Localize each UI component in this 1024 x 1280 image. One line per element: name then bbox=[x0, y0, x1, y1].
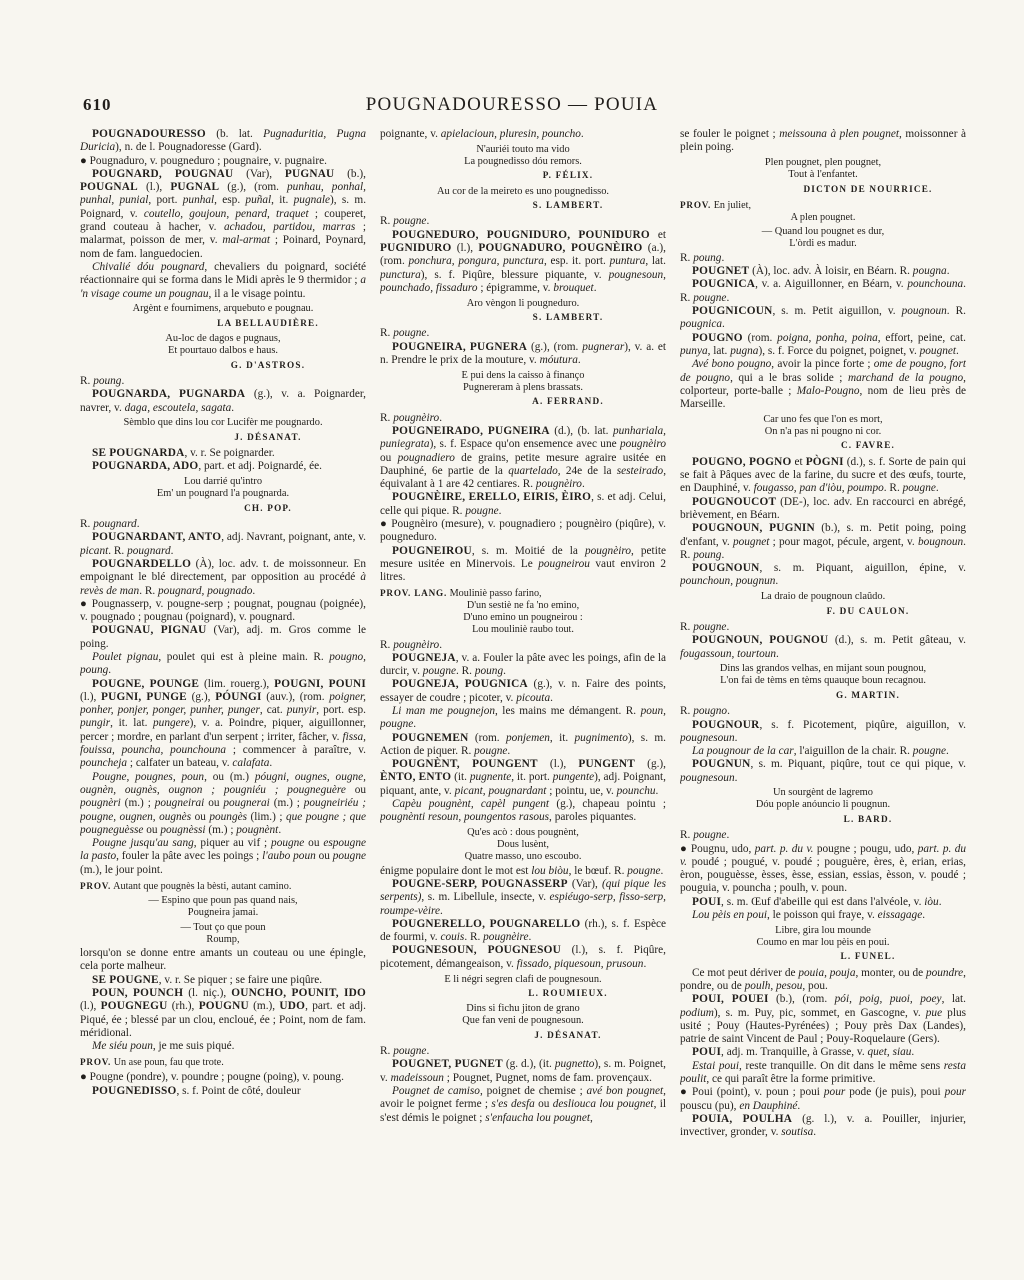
attribution: S. LAMBERT. bbox=[470, 199, 666, 212]
entry-paragraph: POUI, s. m. Œuf d'abeille qui est dans l… bbox=[680, 896, 966, 909]
entry-paragraph: POUGNÈIRE, ERELLO, EIRIS, ÈIRO, s. et ad… bbox=[380, 491, 666, 518]
entry-paragraph: POUGNADOURESSO (b. lat. Pugnaduritia, Pu… bbox=[80, 128, 366, 155]
entry-paragraph: POUGNET, PUGNET (g. d.), (it. pugnetto),… bbox=[380, 1058, 666, 1085]
cross-reference-note: ● Pougnaduro, v. pougneduro ; pougnaire,… bbox=[80, 155, 366, 168]
attribution: LA BELLAUDIÈRE. bbox=[170, 317, 366, 330]
continuation-paragraph: se fouler le poignet ; meissouna à plen … bbox=[680, 128, 966, 155]
entry-paragraph: POUGNERELLO, POUGNARELLO (rh.), s. f. Es… bbox=[380, 918, 666, 945]
attribution: J. DÉSANAT. bbox=[470, 1029, 666, 1042]
text-columns: POUGNADOURESSO (b. lat. Pugnaduritia, Pu… bbox=[80, 128, 966, 1200]
continuation-paragraph: énigme populaire dont le mot est lou biò… bbox=[380, 865, 666, 878]
attribution: CH. POP. bbox=[170, 502, 366, 515]
attribution: G. D'ASTROS. bbox=[170, 359, 366, 372]
entry-paragraph: POUGNEJA, POUGNICA (g.), v. n. Faire des… bbox=[380, 678, 666, 705]
entry-paragraph: POUGNOUCOT (DE-), loc. adv. En raccourci… bbox=[680, 496, 966, 523]
continuation-paragraph: R. pougnèiro. bbox=[380, 412, 666, 425]
entry-paragraph: POUI, POUEI (b.), (rom. pói, poig, puoi,… bbox=[680, 993, 966, 1046]
attribution: C. FAVRE. bbox=[770, 439, 966, 452]
entry-paragraph: POUGNAU, PIGNAU (Var), adj. m. Gros comm… bbox=[80, 624, 366, 651]
entry-paragraph: POUGNESOUN, POUGNESOU (l.), s. f. Piqûre… bbox=[380, 944, 666, 971]
verse-quote: Sèmblo que dins lou cor Lucifèr me pougn… bbox=[80, 417, 366, 429]
entry-paragraph: POUGNOUN, PUGNIN (b.), s. m. Petit poing… bbox=[680, 522, 966, 562]
entry-paragraph: Li man me pougnejon, les mains me démang… bbox=[380, 705, 666, 732]
continuation-paragraph: R. pougne. bbox=[380, 327, 666, 340]
entry-paragraph: POUGNICA, v. a. Aiguillonner, en Béarn, … bbox=[680, 278, 966, 305]
continuation-paragraph: R. pougnèiro. bbox=[380, 639, 666, 652]
attribution: L. FUNEL. bbox=[770, 950, 966, 963]
verse-quote: Au-loc de dagos e pugnaus,Et pourtauo da… bbox=[80, 333, 366, 357]
attribution: J. DÉSANAT. bbox=[170, 431, 366, 444]
verse-quote: — Espino que poun pas quand nais,Pougnei… bbox=[80, 895, 366, 919]
proverb: PROV. Un ase poun, fau que trote. bbox=[80, 1056, 366, 1069]
entry-paragraph: POUGNARDANT, ANTO, adj. Navrant, poignan… bbox=[80, 531, 366, 558]
entry-paragraph: POUGNEMEN (rom. ponjemen, it. pugnimento… bbox=[380, 732, 666, 759]
entry-paragraph: POUGNO, POGNO et PÒGNI (d.), s. f. Sorte… bbox=[680, 456, 966, 496]
entry-paragraph: POUGNARDA, PUGNARDA (g.), v. a. Poignard… bbox=[80, 388, 366, 415]
entry-paragraph: Me siéu poun, je me suis piqué. bbox=[80, 1040, 366, 1053]
attribution: S. LAMBERT. bbox=[470, 311, 666, 324]
entry-paragraph: POUGNEIROU, s. m. Moitié de la pougnèiro… bbox=[380, 545, 666, 585]
verse-quote: Un sourgènt de lagremoDóu pople anóuncio… bbox=[680, 787, 966, 811]
continuation-paragraph: poignante, v. apielacioun, pluresin, pou… bbox=[380, 128, 666, 141]
verse-quote: Dins las grandos velhas, en mijant soun … bbox=[680, 663, 966, 687]
entry-paragraph: POUGNEDISSO, s. f. Point de côté, douleu… bbox=[80, 1085, 366, 1098]
entry-paragraph: Chivalié dóu pougnard, chevaliers du poi… bbox=[80, 261, 366, 301]
attribution: P. FÉLIX. bbox=[470, 169, 666, 182]
entry-paragraph: POUGNET (À), loc. adv. À loisir, en Béar… bbox=[680, 265, 966, 278]
verse-quote: Dins si fichu jiton de granoQue fan veni… bbox=[380, 1003, 666, 1027]
verse-quote: Argènt e fournimens, arquebuto e pougnau… bbox=[80, 303, 366, 315]
entry-paragraph: Capèu pougnènt, capèl pungent (g.), chap… bbox=[380, 798, 666, 825]
column-2: poignante, v. apielacioun, pluresin, pou… bbox=[380, 128, 666, 1200]
proverb: PROV. En juliet,A plen pougnet. bbox=[680, 199, 966, 224]
entry-paragraph: SE POUGNARDA, v. r. Se poignarder. bbox=[80, 447, 366, 460]
entry-paragraph: Ce mot peut dériver de pouia, pouja, mon… bbox=[680, 967, 966, 994]
cross-reference-note: ● Pougnu, udo, part. p. du v. pougne ; p… bbox=[680, 843, 966, 896]
continuation-paragraph: lorsqu'on se donne entre amants un coute… bbox=[80, 947, 366, 974]
entry-paragraph: Pougne jusqu'au sang, piquer au vif ; po… bbox=[80, 837, 366, 877]
entry-paragraph: POUGNO (rom. poigna, ponha, poina, effor… bbox=[680, 332, 966, 359]
verse-quote: E pui dens la caisso à finançoPugnereram… bbox=[380, 370, 666, 394]
attribution: DICTON DE NOURRICE. bbox=[770, 183, 966, 196]
continuation-paragraph: R. poung. bbox=[80, 375, 366, 388]
verse-quote: E li négri segren clafi de pougnesoun. bbox=[380, 974, 666, 986]
continuation-paragraph: R. pougne. bbox=[680, 621, 966, 634]
attribution: F. DU CAULON. bbox=[770, 605, 966, 618]
continuation-paragraph: R. pougne. bbox=[380, 215, 666, 228]
entry-paragraph: POUN, POUNCH (l. niç.), OUNCHO, POUNIT, … bbox=[80, 987, 366, 1040]
verse-quote: — Quand lou pougnet es dur,L'òrdi es mad… bbox=[680, 226, 966, 250]
verse-quote: Qu'es acò : dous pougnènt,Dous lusènt,Qu… bbox=[380, 827, 666, 863]
entry-paragraph: Pougnet de camiso, poignet de chemise ; … bbox=[380, 1085, 666, 1125]
entry-paragraph: Pougne, pougnes, poun, ou (m.) póugni, o… bbox=[80, 771, 366, 837]
column-1: POUGNADOURESSO (b. lat. Pugnaduritia, Pu… bbox=[80, 128, 366, 1200]
entry-paragraph: POUGNEIRA, PUGNERA (g.), (rom. pugnerar)… bbox=[380, 341, 666, 368]
entry-paragraph: POUGNOUN, POUGNOU (d.), s. m. Petit gâte… bbox=[680, 634, 966, 661]
cross-reference-note: ● Pougne (pondre), v. poundre ; pougne (… bbox=[80, 1071, 366, 1084]
entry-paragraph: POUGNE-SERP, POUGNASSERP (Var), (qui piq… bbox=[380, 878, 666, 918]
attribution: L. ROUMIEUX. bbox=[470, 987, 666, 1000]
cross-reference-note: ● Pougnasserp, v. pougne-serp ; pougnat,… bbox=[80, 598, 366, 625]
continuation-paragraph: R. pougno. bbox=[680, 705, 966, 718]
continuation-paragraph: R. poung. bbox=[680, 252, 966, 265]
verse-quote: Libre, gira lou moundeCoumo en mar lou p… bbox=[680, 925, 966, 949]
entry-paragraph: POUGNÈNT, POUNGENT (l.), PUNGENT (g.), È… bbox=[380, 758, 666, 798]
entry-paragraph: POUGNARDA, ADO, part. et adj. Poignardé,… bbox=[80, 460, 366, 473]
attribution: G. MARTIN. bbox=[770, 689, 966, 702]
attribution: A. FERRAND. bbox=[470, 395, 666, 408]
continuation-paragraph: R. pougne. bbox=[680, 829, 966, 842]
entry-paragraph: POUI, adj. m. Tranquille, à Grasse, v. q… bbox=[680, 1046, 966, 1059]
column-3: se fouler le poignet ; meissouna à plen … bbox=[680, 128, 966, 1200]
entry-paragraph: POUGNOUN, s. m. Piquant, aiguillon, épin… bbox=[680, 562, 966, 589]
entry-paragraph: POUGNARD, POUGNAU (Var), PUGNAU (b.), PO… bbox=[80, 168, 366, 261]
entry-paragraph: Poulet pignau, poulet qui est à pleine m… bbox=[80, 651, 366, 678]
entry-paragraph: POUGNICOUN, s. m. Petit aiguillon, v. po… bbox=[680, 305, 966, 332]
verse-quote: Car uno fes que l'on es mort,On n'a pas … bbox=[680, 414, 966, 438]
entry-paragraph: Estai poui, reste tranquille. On dit dan… bbox=[680, 1060, 966, 1087]
continuation-paragraph: R. pougnard. bbox=[80, 518, 366, 531]
verse-quote: Lou darrié qu'introEm' un pougnard l'a p… bbox=[80, 476, 366, 500]
continuation-paragraph: R. pougne. bbox=[380, 1045, 666, 1058]
entry-paragraph: Lou pèis en poui, le poisson qui fraye, … bbox=[680, 909, 966, 922]
entry-paragraph: La pougnour de la car, l'aiguillon de la… bbox=[680, 745, 966, 758]
cross-reference-note: ● Pougnèiro (mesure), v. pougnadiero ; p… bbox=[380, 518, 666, 545]
verse-quote: — Tout ço que pounRoump, bbox=[80, 922, 366, 946]
verse-quote: La draio de pougnoun claûdo. bbox=[680, 591, 966, 603]
proverb: PROV. Autant que pougnès la bèsti, autan… bbox=[80, 880, 366, 893]
entry-paragraph: POUGNEIRADO, PUGNEIRA (d.), (b. lat. pun… bbox=[380, 425, 666, 491]
entry-paragraph: POUGNEDURO, POUGNIDURO, POUNIDURO et PUG… bbox=[380, 229, 666, 295]
entry-paragraph: POUGNARDELLO (À), loc. adv. t. de moisso… bbox=[80, 558, 366, 598]
entry-paragraph: POUGNUN, s. m. Piquant, piqûre, tout ce … bbox=[680, 758, 966, 785]
attribution: L. BARD. bbox=[770, 813, 966, 826]
proverb: PROV. LANG. Mouliniè passo farino,D'un s… bbox=[380, 587, 666, 636]
entry-paragraph: SE POUGNE, v. r. Se piquer ; se faire un… bbox=[80, 974, 366, 987]
entry-paragraph: POUGNOUR, s. f. Picotement, piqûre, aigu… bbox=[680, 719, 966, 746]
entry-paragraph: POUGNE, POUNGE (lim. rouerg.), POUGNI, P… bbox=[80, 678, 366, 771]
running-title: POUGNADOURESSO — POUIA bbox=[0, 94, 1024, 116]
cross-reference-note: ● Poui (point), v. poun ; poui pour pode… bbox=[680, 1086, 966, 1113]
dictionary-page: 610 POUGNADOURESSO — POUIA POUGNADOURESS… bbox=[0, 0, 1024, 1280]
verse-quote: N'auriéi touto ma vidoLa pougnedisso dóu… bbox=[380, 144, 666, 168]
verse-quote: Plen pougnet, plen pougnet,Tout à l'enfa… bbox=[680, 157, 966, 181]
verse-quote: Aro vèngon li pougneduro. bbox=[380, 298, 666, 310]
entry-paragraph: POUGNEJA, v. a. Fouler la pâte avec les … bbox=[380, 652, 666, 679]
entry-paragraph: Avé bono pougno, avoir la pince forte ; … bbox=[680, 358, 966, 411]
entry-paragraph: POUIA, POULHA (g. l.), v. a. Pouiller, i… bbox=[680, 1113, 966, 1140]
verse-quote: Au cor de la meireto es uno pougnedisso. bbox=[380, 186, 666, 198]
